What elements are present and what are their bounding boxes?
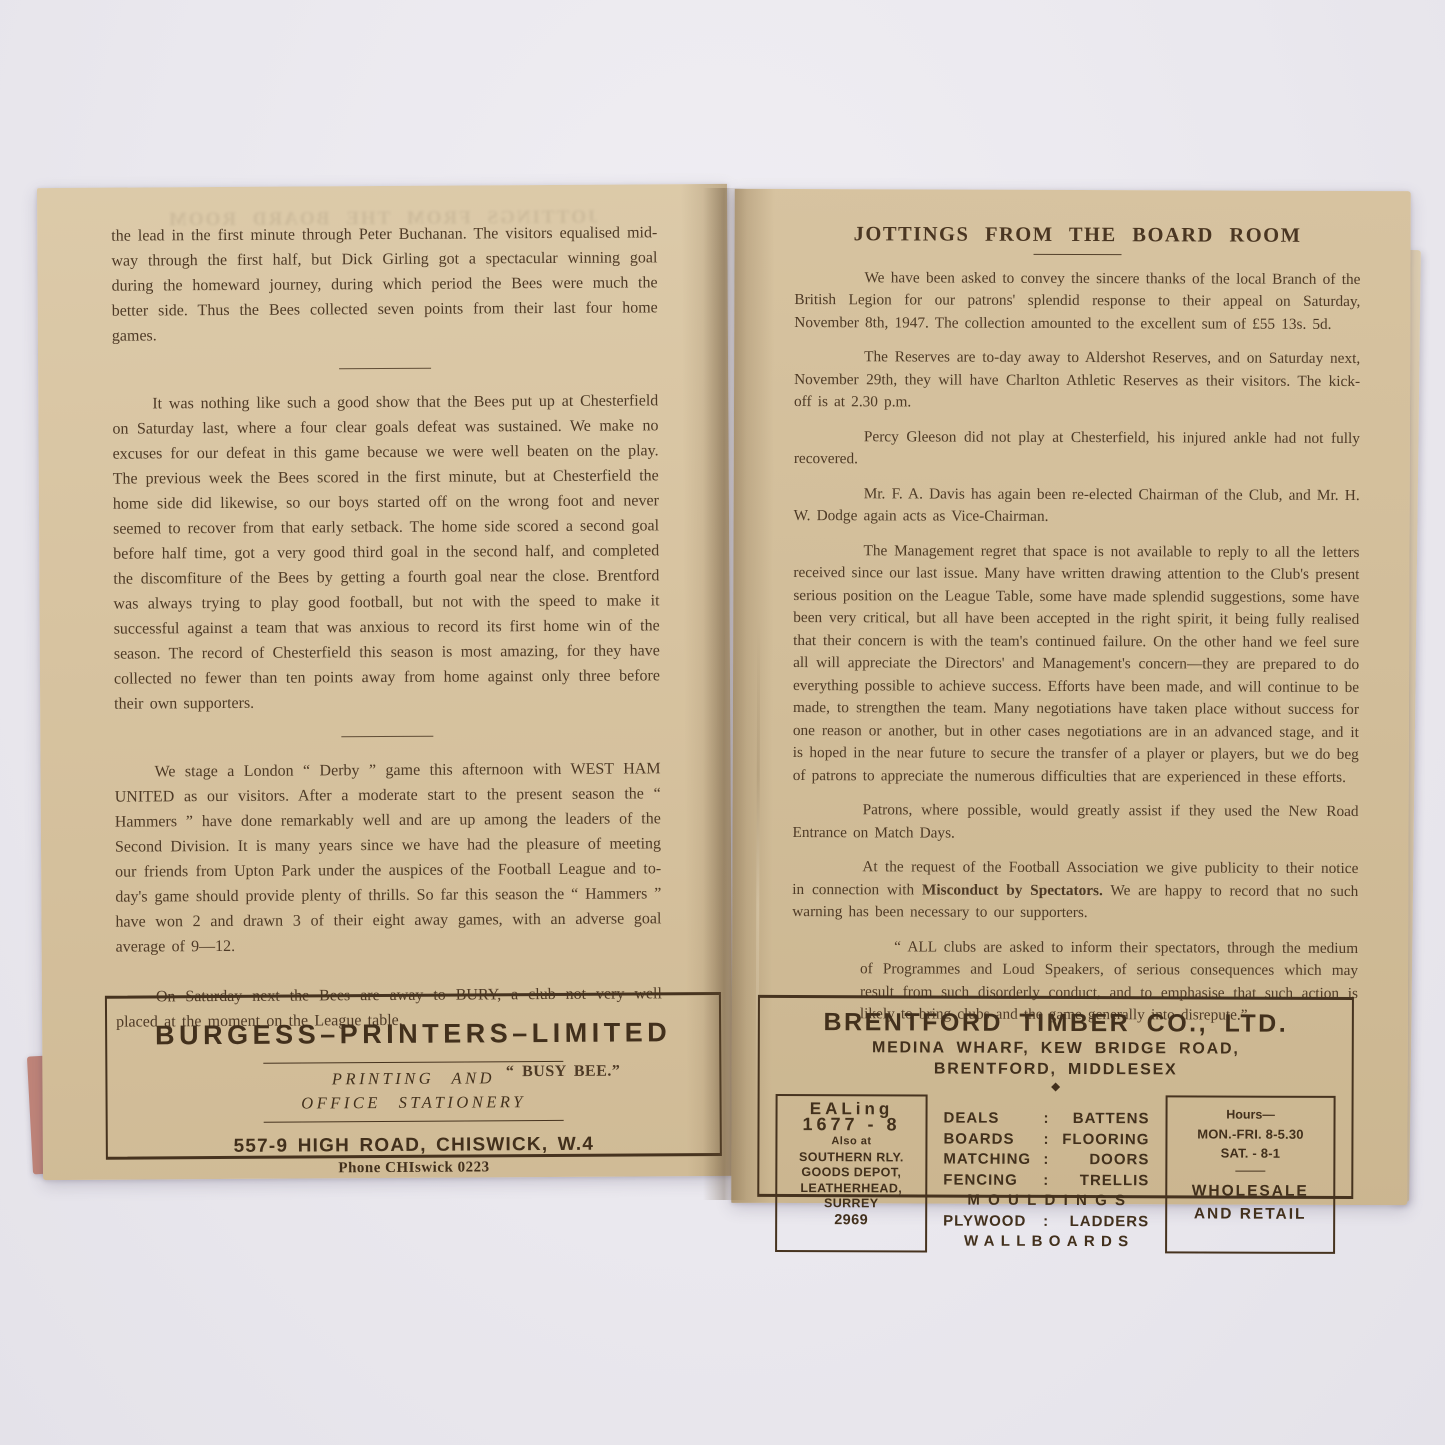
section-divider [339,368,431,370]
paragraph-reserves: The Reserves are to-day away to Aldersho… [794,346,1360,415]
section-divider [341,736,433,738]
ad-columns: EALing 1677 - 8 Also at SOUTHERN RLY. GO… [759,1094,1352,1254]
brentford-timber-ad: BRENTFORD TIMBER CO., LTD. MEDINA WHARF,… [757,995,1354,1199]
branch-line-1: SOUTHERN RLY. [779,1149,923,1165]
paragraph-home-games: the lead in the first minute through Pet… [111,220,658,348]
product-row: MOULDINGS [943,1191,1157,1212]
right-page-text-column: JOTTINGS FROM THE BOARD ROOM We have bee… [792,223,1361,1039]
branch-line-3: LEATHERHEAD, [779,1180,923,1196]
advertiser-name: BURGESS–PRINTERS–LIMITED [107,1017,719,1052]
paragraph-percy-gleeson: Percy Gleeson did not play at Chesterfie… [794,426,1360,473]
left-page: JOTTINGS FROM THE BOARD ROOM the lead in… [37,184,733,1180]
page-title: JOTTINGS FROM THE BOARD ROOM [795,223,1361,247]
paragraph-new-road-entrance: Patrons, where possible, would greatly a… [792,799,1358,846]
advertiser-address-2: BRENTFORD, MIDDLESEX [760,1058,1352,1081]
hours-label: Hours— [1172,1105,1330,1125]
paragraph-british-legion: We have been asked to convey the sincere… [794,267,1360,336]
product-row: WALLBOARDS [943,1232,1155,1253]
advertiser-name: BRENTFORD TIMBER CO., LTD. [760,1008,1352,1039]
hours-divider [1235,1171,1265,1172]
products-list: DEALS:BATTENS BOARDS:FLOORING MATCHING:D… [943,1095,1150,1253]
retail-label: AND RETAIL [1171,1202,1329,1226]
services-block: PRINTING AND OFFICE STATIONERY [263,1061,563,1123]
advertiser-phone: Phone CHIswick 0223 [108,1158,720,1179]
product-row: FENCING:TRELLIS [943,1170,1149,1191]
paragraph-football-association: At the request of the Football Associati… [792,856,1358,925]
branch-line-4: SURREY [779,1196,923,1212]
hours-weekdays: MON.-FRI. 8-5.30 [1171,1124,1329,1144]
paragraph-management: The Management regret that space is not … [793,540,1360,789]
services-line-1: PRINTING AND [263,1066,563,1092]
product-row: BOARDS:FLOORING [943,1129,1149,1150]
also-at-label: Also at [779,1134,923,1150]
product-row: PLYWOOD:LADDERS [943,1211,1149,1232]
product-row: DEALS:BATTENS [943,1109,1149,1130]
product-row: MATCHING:DOORS [943,1150,1149,1171]
burgess-printers-ad: BURGESS–PRINTERS–LIMITED PRINTING AND OF… [105,992,722,1160]
branch-line-2: GOODS DEPOT, [779,1165,923,1181]
hours-saturday: SAT. - 8-1 [1171,1143,1329,1163]
paragraph-chairman: Mr. F. A. Davis has again been re-electe… [794,483,1360,530]
services-line-2: OFFICE STATIONERY [264,1090,564,1116]
left-page-text-column: the lead in the first minute through Pet… [111,220,662,1086]
telephone-box: EALing 1677 - 8 Also at SOUTHERN RLY. GO… [775,1094,928,1252]
diamond-ornament: ◆ [760,1081,1352,1093]
title-divider [1034,253,1122,254]
football-programme-photo: JOTTINGS FROM THE BOARD ROOM the lead in… [0,0,1445,1445]
advertiser-address: 557-9 HIGH ROAD, CHISWICK, W.4 [108,1133,720,1159]
right-page: JOTTINGS FROM THE BOARD ROOM We have bee… [731,189,1411,1205]
wholesale-label: WHOLESALE [1171,1179,1329,1203]
paragraph-chesterfield-defeat: It was nothing like such a good show tha… [112,388,660,716]
hours-box: Hours— MON.-FRI. 8-5.30 SAT. - 8-1 WHOLE… [1165,1095,1336,1253]
branch-phone-number: 2969 [779,1212,923,1228]
fa-text-bold: Misconduct by Spectators. [922,881,1103,899]
advertiser-address-1: MEDINA WHARF, KEW BRIDGE ROAD, [760,1037,1352,1060]
phone-number: 1677 - 8 [779,1116,923,1132]
paragraph-west-ham-derby: We stage a London “ Derby ” game this af… [114,756,661,959]
